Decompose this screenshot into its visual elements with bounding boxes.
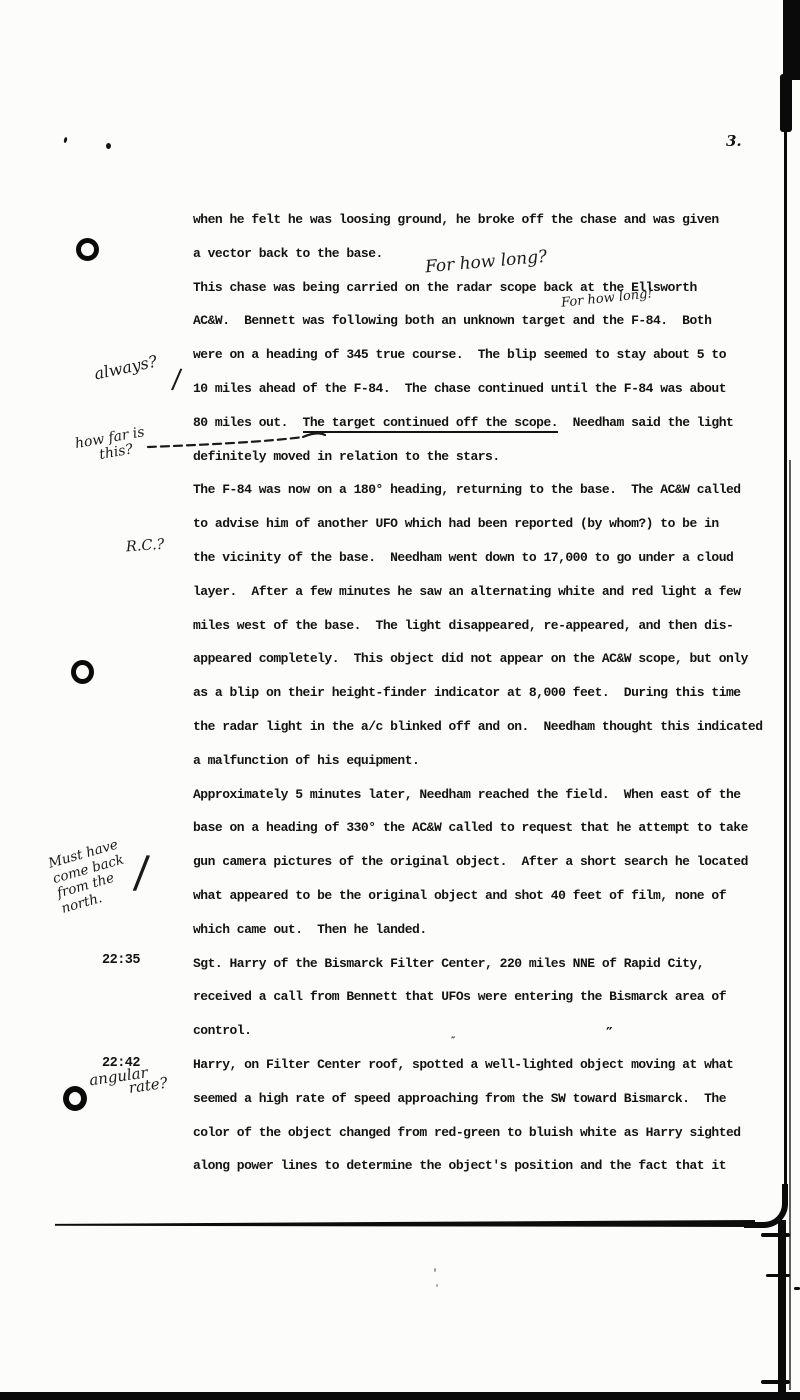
scan-speck bbox=[63, 137, 67, 144]
typed-line: Sgt. Harry of the Bismarck Filter Center… bbox=[193, 956, 793, 990]
handwritten-note-how-far: how far isthis? bbox=[74, 425, 148, 466]
typed-line: The F-84 was now on a 180° heading, retu… bbox=[193, 482, 793, 516]
typed-line: were on a heading of 345 true course. Th… bbox=[193, 347, 793, 381]
typed-segment: Needham said the light bbox=[558, 415, 733, 430]
typed-line: a malfunction of his equipment. bbox=[193, 753, 793, 787]
typed-line: This chase was being carried on the rada… bbox=[193, 280, 793, 314]
scan-border-bottom-rule bbox=[55, 1220, 755, 1227]
typed-line: layer. After a few minutes he saw an alt… bbox=[193, 584, 793, 618]
typed-line: miles west of the base. The light disapp… bbox=[193, 618, 793, 652]
scan-speck bbox=[106, 143, 111, 149]
scan-speck bbox=[436, 1284, 438, 1287]
typed-text-block: when he felt he was loosing ground, he b… bbox=[193, 212, 793, 1192]
scan-border-top-right bbox=[783, 0, 800, 80]
typed-line: the radar light in the a/c blinked off a… bbox=[193, 719, 793, 753]
underlined-segment: The target continued off the scope. bbox=[303, 415, 559, 433]
typed-line: received a call from Bennett that UFOs w… bbox=[193, 989, 793, 1023]
handwritten-slash-mark: / bbox=[132, 850, 150, 897]
typed-line: to advise him of another UFO which had b… bbox=[193, 516, 793, 550]
scan-tick-mark bbox=[794, 1287, 800, 1290]
handwritten-note-must-have: Must havecome backfrom thenorth. bbox=[47, 837, 134, 917]
typed-segment: 80 miles out. bbox=[193, 415, 303, 430]
handwritten-arrow-line bbox=[145, 429, 330, 455]
handwritten-line: rate? bbox=[128, 1075, 169, 1096]
typed-line: as a blip on their height-finder indicat… bbox=[193, 685, 793, 719]
scan-border-bottom-bar bbox=[0, 1392, 800, 1400]
scan-tick-mark bbox=[761, 1233, 790, 1237]
timestamp-2235: 22:35 bbox=[102, 953, 140, 968]
scan-border-blob bbox=[780, 74, 792, 132]
hole-punch-mark bbox=[76, 238, 99, 261]
handwritten-note-angular-rate: angularrate? bbox=[88, 1063, 168, 1102]
typed-line: when he felt he was loosing ground, he b… bbox=[193, 212, 793, 246]
typed-line: the vicinity of the base. Needham went d… bbox=[193, 550, 793, 584]
scan-speck bbox=[434, 1268, 436, 1272]
typed-line: control. bbox=[193, 1023, 793, 1057]
typed-line: which came out. Then he landed. bbox=[193, 922, 793, 956]
scan-border-vertical-line-lower bbox=[778, 1220, 786, 1395]
handwritten-slash-mark: / bbox=[171, 366, 183, 395]
typed-line: Harry, on Filter Center roof, spotted a … bbox=[193, 1057, 793, 1091]
typed-line: base on a heading of 330° the AC&W calle… bbox=[193, 820, 793, 854]
hole-punch-mark bbox=[63, 1086, 87, 1111]
handwritten-note-always: always? bbox=[93, 354, 159, 384]
hole-punch-mark bbox=[71, 660, 94, 684]
typed-line: AC&W. Bennett was following both an unkn… bbox=[193, 313, 793, 347]
typed-line: 10 miles ahead of the F-84. The chase co… bbox=[193, 381, 793, 415]
scan-border-vertical-line-faint bbox=[789, 460, 791, 1390]
inserted-quote-mark: ″ bbox=[606, 1026, 613, 1042]
typed-line: Approximately 5 minutes later, Needham r… bbox=[193, 787, 793, 821]
typed-line: color of the object changed from red-gre… bbox=[193, 1125, 793, 1159]
typed-line: what appeared to be the original object … bbox=[193, 888, 793, 922]
typed-line: appeared completely. This object did not… bbox=[193, 651, 793, 685]
page-number: 3. bbox=[726, 132, 742, 150]
handwritten-note-rc: R.C.? bbox=[126, 538, 165, 556]
scan-border-vertical-line bbox=[784, 126, 787, 1190]
typed-line: seemed a high rate of speed approaching … bbox=[193, 1091, 793, 1125]
scan-tick-mark bbox=[766, 1274, 790, 1277]
scan-tick-mark bbox=[761, 1380, 790, 1384]
typed-line: along power lines to determine the objec… bbox=[193, 1158, 793, 1192]
typed-line: gun camera pictures of the original obje… bbox=[193, 854, 793, 888]
inserted-quote-mark: ″ bbox=[451, 1037, 455, 1048]
